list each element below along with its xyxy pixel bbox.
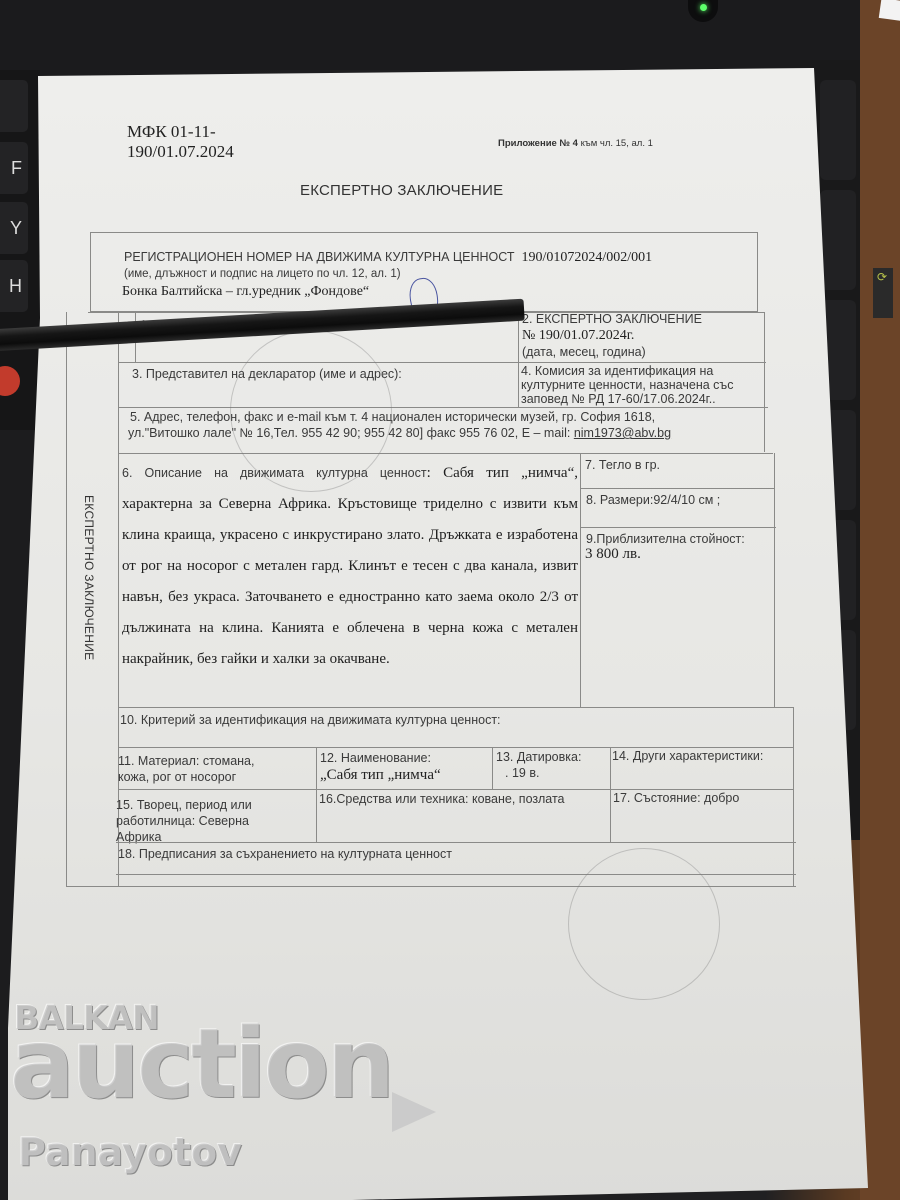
reference-number-line1: МФК 01-11- — [127, 122, 234, 142]
field-18-storage: 18. Предписания за съхранението на култу… — [118, 847, 452, 861]
field-11-line1: 11. Материал: стомана, — [118, 754, 254, 768]
row-border — [580, 488, 775, 489]
official-stamp — [230, 330, 392, 492]
cell-border — [492, 747, 493, 789]
watermark-auction: auction — [10, 1008, 392, 1120]
field-13-value: . 19 в. — [505, 766, 539, 780]
registration-label-text: РЕГИСТРАЦИОНЕН НОМЕР НА ДВИЖИМА КУЛТУРНА… — [124, 250, 515, 264]
watermark-panayotov: Panayotov — [18, 1130, 242, 1174]
cell-border — [316, 747, 317, 842]
field-2-note: (дата, месец, година) — [522, 345, 646, 359]
cell-border — [793, 707, 794, 887]
row-border — [118, 747, 794, 748]
field-6-text: : Сабя тип „нимча“, характерна за Северн… — [122, 465, 578, 667]
field-15-line2: работилница: Северна — [116, 814, 249, 828]
document-title: ЕКСПЕРТНО ЗАКЛЮЧЕНИЕ — [300, 182, 503, 199]
annex-number: Приложение № 4 — [498, 138, 578, 149]
signer-name: Бонка Балтийска – гл.уредник „Фондове“ — [122, 284, 369, 300]
row-border — [118, 453, 773, 454]
row-border — [118, 362, 766, 363]
cell-border — [518, 312, 519, 408]
field-15-line1: 15. Творец, период или — [116, 798, 252, 812]
annex-reference: Приложение № 4 към чл. 15, ал. 1 — [498, 138, 653, 149]
row-border — [118, 789, 794, 790]
official-stamp — [568, 848, 720, 1000]
side-label: ЕКСПЕРТНО ЗАКЛЮЧЕНИЕ — [78, 495, 96, 695]
reference-number: МФК 01-11- 190/01.07.2024 — [127, 122, 234, 162]
field-10-criterion: 10. Критерий за идентификация на движима… — [120, 713, 501, 727]
field-13-label: 13. Датировка: — [496, 750, 581, 764]
field-12-value: „Сабя тип „нимча“ — [320, 767, 441, 784]
frame-left-border — [66, 312, 67, 887]
field-17-condition: 17. Състояние: добро — [613, 791, 739, 805]
field-8-dimensions: 8. Размери:92/4/10 см ; — [586, 493, 720, 507]
row-border — [580, 527, 776, 528]
field-5-line2: ул."Витошко лале" № 16,Тел. 955 42 90; 9… — [128, 426, 671, 440]
field-11-line2: кожа, рог от носорог — [118, 770, 236, 784]
row-border — [116, 842, 796, 843]
field-2-label: 2. ЕКСПЕРТНО ЗАКЛЮЧЕНИЕ — [522, 312, 702, 326]
field-4-line2: културните ценности, назначена със — [521, 378, 733, 392]
field-2-number: № 190/01.07.2024г. — [522, 328, 634, 344]
cell-border — [580, 453, 581, 708]
cell-border — [610, 747, 611, 842]
field-16-technique: 16.Средства или техника: коване, позлата — [319, 792, 565, 806]
field-9-label: 9.Приблизителна стойност: — [586, 532, 745, 546]
watermark-arrow-icon — [392, 1092, 436, 1132]
cell-border — [774, 453, 775, 708]
field-14-other: 14. Други характеристики: — [612, 749, 763, 763]
field-9-value: 3 800 лв. — [585, 546, 641, 563]
field-5-line1: 5. Адрес, телефон, факс и e-mail към т. … — [130, 410, 655, 424]
registration-label: РЕГИСТРАЦИОНЕН НОМЕР НА ДВИЖИМА КУЛТУРНА… — [124, 250, 652, 266]
row-border — [118, 707, 794, 708]
email-link[interactable]: nim1973@abv.bg — [574, 426, 671, 440]
field-7-weight: 7. Тегло в гр. — [585, 458, 660, 472]
signer-note: (име, длъжност и подпис на лицето по чл.… — [124, 268, 401, 280]
field-12-label: 12. Наименование: — [320, 751, 431, 765]
field-4-line3: заповед № РД 17-60/17.06.2024г.. — [521, 392, 716, 406]
field-6-description: 6. Описание на движимата културна ценнос… — [122, 458, 578, 675]
field-4-line1: 4. Комисия за идентификация на — [521, 364, 713, 378]
row-border — [118, 407, 768, 408]
registration-number: 190/01072024/002/001 — [521, 250, 652, 265]
cell-border — [764, 312, 765, 452]
annex-article: към чл. 15, ал. 1 — [578, 138, 653, 149]
reference-number-line2: 190/01.07.2024 — [127, 142, 234, 162]
